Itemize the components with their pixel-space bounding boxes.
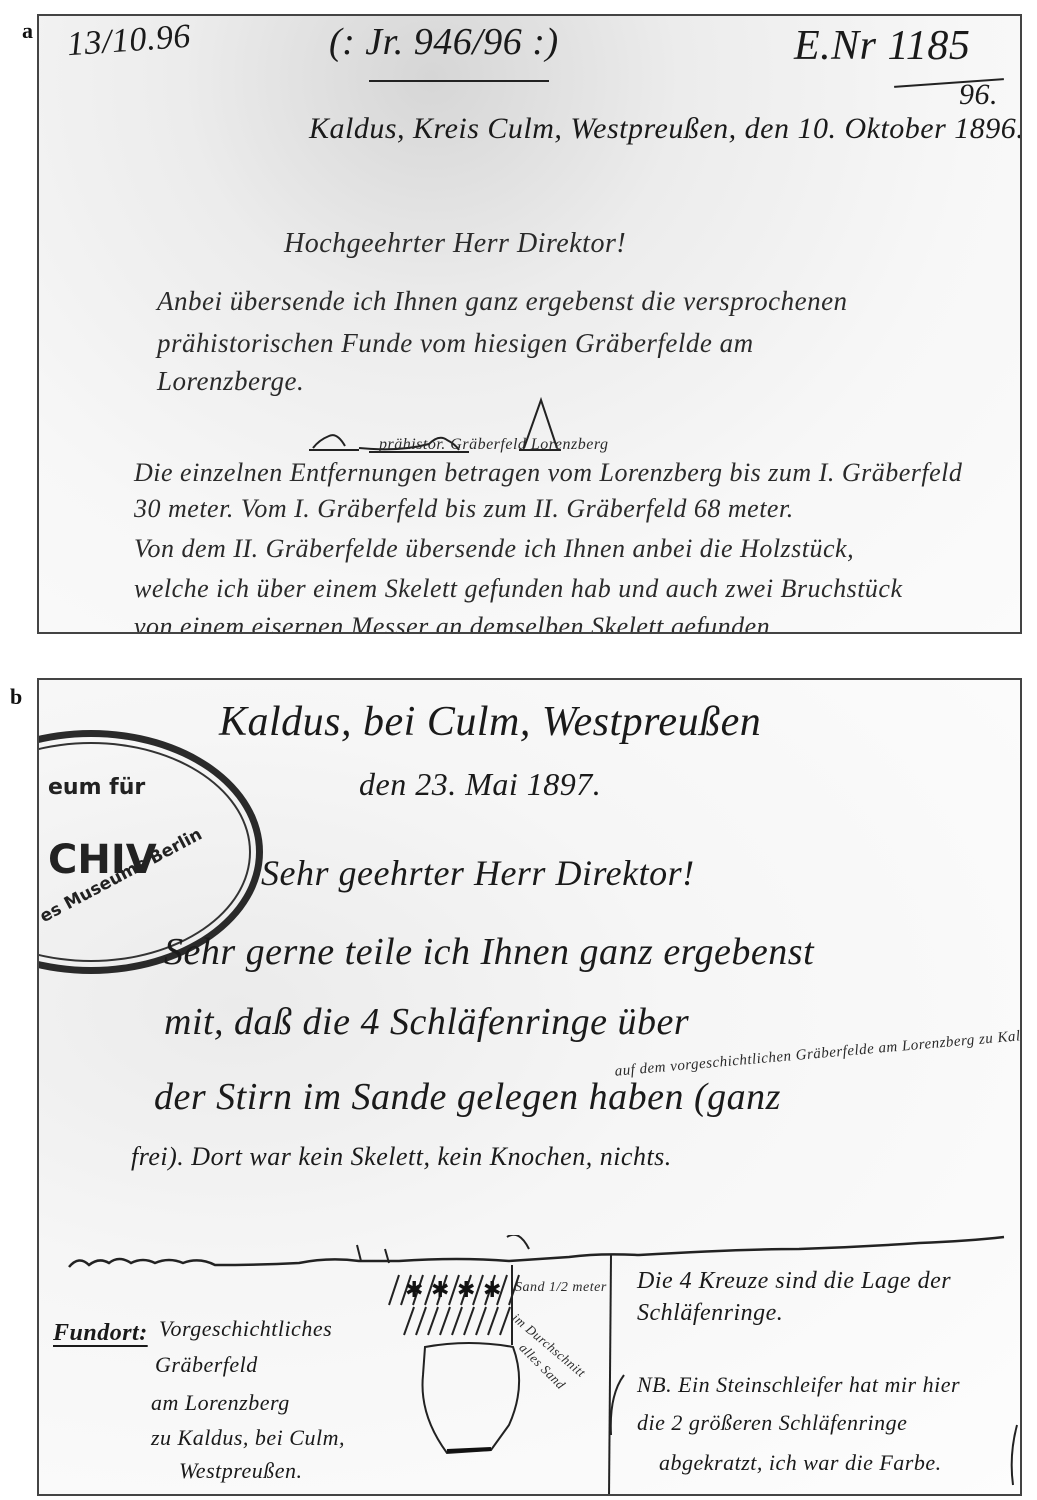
date-line: den 23. Mai 1897.	[359, 766, 601, 803]
entry-number: E.Nr 1185	[794, 22, 970, 70]
diagram-note-1: Sand 1/2 meter	[515, 1280, 607, 1296]
findspot-line-3: am Lorenzberg	[151, 1390, 290, 1416]
letter-panel-b: eum für CHIV es Museums Berlin Kaldus, b…	[37, 678, 1022, 1496]
body-line-2: mit, daß die 4 Schläfenringe über	[164, 1000, 689, 1044]
svg-text:✱: ✱	[431, 1278, 449, 1303]
right-note-1: Die 4 Kreuze sind die Lage der	[637, 1268, 951, 1295]
right-note-5: abgekratzt, ich war die Farbe.	[659, 1450, 942, 1476]
place-line: Kaldus, bei Culm, Westpreußen	[219, 698, 761, 746]
body-line-3: der Stirn im Sande gelegen haben (ganz	[154, 1075, 781, 1119]
stamp-text-top: eum für	[48, 775, 145, 800]
findspot-line-1: Vorgeschichtliches	[159, 1316, 332, 1342]
body2-line-5: von einem eisernen Messer an demselben S…	[134, 612, 777, 634]
right-note-4: die 2 größeren Schläfenringe	[637, 1410, 907, 1436]
body-line-4: frei). Dort war kein Skelett, kein Knoch…	[131, 1142, 672, 1172]
svg-text:✱: ✱	[457, 1278, 475, 1303]
date-note: 13/10.96	[66, 18, 192, 65]
svg-text:✱: ✱	[405, 1278, 423, 1303]
letter-panel-a: 13/10.96 (: Jr. 946/96 :) E.Nr 1185 96. …	[37, 14, 1022, 634]
stamp-text-bottom: es Museums Berlin	[37, 824, 206, 927]
svg-text:✱: ✱	[483, 1278, 501, 1303]
findspot-line-2: Gräberfeld	[155, 1352, 258, 1378]
right-note-3: NB. Ein Steinschleifer hat mir hier	[637, 1372, 960, 1398]
findspot-line-4: zu Kaldus, bei Culm,	[151, 1425, 345, 1451]
body-line-1: Anbei übersende ich Ihnen ganz ergebenst…	[157, 286, 848, 317]
body2-line-3: Von dem II. Gräberfelde übersende ich Ih…	[134, 534, 854, 564]
place-date-line: Kaldus, Kreis Culm, Westpreußen, den 10.…	[309, 112, 1022, 146]
entry-year: 96.	[959, 78, 998, 112]
body2-line-1: Die einzelnen Entfernungen betragen vom …	[134, 458, 962, 488]
salutation: Sehr geehrter Herr Direktor!	[261, 852, 695, 894]
body-line-3: Lorenzberge.	[157, 366, 304, 397]
body2-line-4: welche ich über einem Skelett gefunden h…	[134, 574, 903, 604]
salutation: Hochgeehrter Herr Direktor!	[284, 228, 626, 260]
body2-line-2: 30 meter. Vom I. Gräberfeld bis zum II. …	[134, 494, 794, 524]
right-note-2: Schläfenringe.	[637, 1300, 783, 1327]
body-line-2: prähistorischen Funde vom hiesigen Gräbe…	[157, 328, 754, 359]
panel-a-label: a	[22, 18, 33, 44]
sketch-label: prähistor. Gräberfeld Lorenzberg	[379, 436, 609, 454]
findspot-line-5: Westpreußen.	[179, 1458, 303, 1484]
journal-ref: (: Jr. 946/96 :)	[329, 20, 559, 64]
findspot-label: Fundort:	[53, 1320, 148, 1347]
stamp-text-main: CHIV	[48, 837, 157, 883]
journal-ref-underline	[369, 80, 549, 82]
panel-b-label: b	[10, 684, 22, 710]
body-line-1: Sehr gerne teile ich Ihnen ganz ergebens…	[164, 930, 814, 974]
